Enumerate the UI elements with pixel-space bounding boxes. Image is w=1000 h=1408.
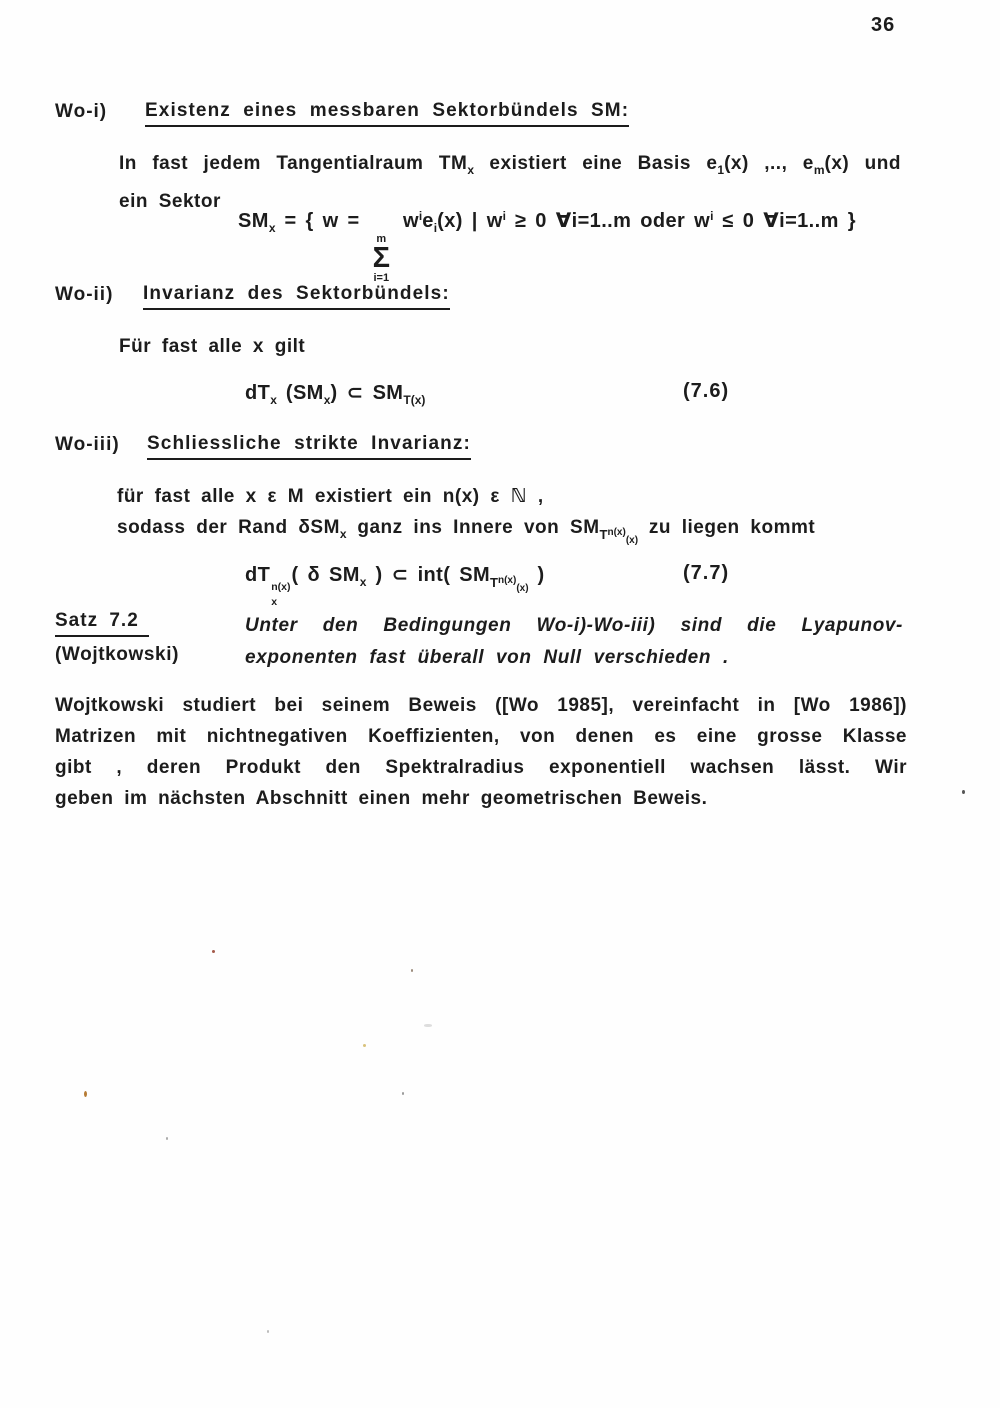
theorem-label-column: Satz 7.2 (Wojtkowski) xyxy=(55,610,235,666)
power-subscript-stack: n(x)x xyxy=(271,582,290,607)
wo-i-heading: Existenz eines messbaren Sektorbündels S… xyxy=(145,100,629,127)
nested-subscript: (x) xyxy=(626,535,638,546)
text-run: ≥ 0 ∀i=1..m oder w xyxy=(506,210,710,232)
wo-i-paragraph: In fast jedem Tangentialraum TMx existie… xyxy=(119,148,901,217)
text-run: existiert eine Basis e xyxy=(474,153,717,174)
wo-i-label: Wo-i) xyxy=(55,101,107,123)
text-run: T xyxy=(490,575,498,590)
theorem-statement: Unter den Bedingungen Wo-i)-Wo-iii) sind… xyxy=(245,610,903,674)
text-run: ) xyxy=(529,564,545,586)
closing-line-3: gibt , deren Produkt den Spektralradius … xyxy=(55,752,907,783)
sum-lower-limit: i=1 xyxy=(373,273,389,284)
equation-7-7: dTn(x)x( δ SMx ) ⊂ int( SMTn(x)(x) ) xyxy=(245,562,545,607)
scan-speck xyxy=(411,969,413,972)
scan-speck xyxy=(424,1024,432,1027)
text-run: dT xyxy=(245,382,270,404)
theorem-attribution: (Wojtkowski) xyxy=(55,644,235,666)
text-run: (x) | w xyxy=(437,210,503,232)
text-run: ≤ 0 ∀i=1..m } xyxy=(713,210,855,232)
subscript: x xyxy=(467,163,474,177)
equation-7-7-row: dTn(x)x( δ SMx ) ⊂ int( SMTn(x)(x) ) (7.… xyxy=(0,556,1000,596)
subscript: m xyxy=(814,163,825,177)
sum-symbol: mΣi=1 xyxy=(373,234,390,284)
iterate-subscript: Tn(x)(x) xyxy=(490,575,529,590)
page-number: 36 xyxy=(871,14,895,37)
theorem-label: Satz 7.2 xyxy=(55,610,149,637)
scan-speck xyxy=(363,1044,366,1047)
scan-speck xyxy=(212,950,215,953)
wo-iii-label: Wo-iii) xyxy=(55,434,120,456)
wo-iii-heading: Schliessliche strikte Invarianz: xyxy=(147,433,471,460)
text-run: In fast jedem Tangentialraum TM xyxy=(119,153,467,174)
text-run: ( δ SM xyxy=(291,564,359,586)
text-run: = { w = xyxy=(276,210,369,232)
closing-paragraph: Wojtkowski studiert bei seinem Beweis ([… xyxy=(55,690,907,814)
text-run: ) ⊂ int( SM xyxy=(366,564,490,586)
text-run: SM xyxy=(238,210,269,232)
stack-superscript: n(x) xyxy=(271,582,290,593)
theorem-statement-line-1: Unter den Bedingungen Wo-i)-Wo-iii) sind… xyxy=(245,610,903,642)
text-run: (SM xyxy=(277,382,324,404)
scan-speck xyxy=(84,1091,87,1097)
wo-ii-label: Wo-ii) xyxy=(55,284,113,306)
wo-iii-paragraph: für fast alle x ε M existiert ein n(x) ε… xyxy=(117,481,907,556)
theorem-statement-line-2: exponenten fast überall von Null verschi… xyxy=(245,642,903,674)
wo-i-paragraph-line-1: In fast jedem Tangentialraum TMx existie… xyxy=(119,148,901,186)
scan-speck xyxy=(402,1092,404,1095)
text-run: (x) ,.., e xyxy=(724,153,814,174)
wo-iii-line-1: für fast alle x ε M existiert ein n(x) ε… xyxy=(117,481,907,512)
text-run: zu liegen kommt xyxy=(638,517,815,538)
iterate-subscript: Tn(x)(x) xyxy=(600,527,639,542)
closing-line-4: geben im nächsten Abschnitt einen mehr g… xyxy=(55,783,907,814)
subscript: x xyxy=(270,393,277,407)
text-run: w xyxy=(394,210,419,232)
equation-7-6: dTx (SMx) ⊂ SMT(x) xyxy=(245,380,425,407)
closing-line-1: Wojtkowski studiert bei seinem Beweis ([… xyxy=(55,690,907,721)
text-run: (x) und xyxy=(825,153,901,174)
subscript: x xyxy=(269,221,276,235)
nested-superscript: n(x) xyxy=(498,575,516,586)
wo-iii-line-2: sodass der Rand δSMx ganz ins Innere von… xyxy=(117,512,907,556)
equation-number-7-7: (7.7) xyxy=(683,562,729,585)
subscript: T(x) xyxy=(403,393,425,407)
text-run: ) ⊂ SM xyxy=(330,382,403,404)
scan-speck xyxy=(166,1137,168,1140)
scan-speck xyxy=(267,1330,269,1333)
wo-ii-intro: Für fast alle x gilt xyxy=(119,331,305,362)
stack-subscript: x xyxy=(271,597,277,608)
sigma-glyph: Σ xyxy=(373,245,390,273)
scan-speck xyxy=(962,790,965,794)
equation-7-6-row: dTx (SMx) ⊂ SMT(x) (7.6) xyxy=(0,377,1000,417)
text-run: e xyxy=(422,210,434,232)
text-run: dT xyxy=(245,564,270,586)
nested-subscript: (x) xyxy=(516,583,528,594)
nested-superscript: n(x) xyxy=(607,527,625,538)
equation-number-7-6: (7.6) xyxy=(683,380,729,403)
wo-ii-heading: Invarianz des Sektorbündels: xyxy=(143,283,450,310)
scanned-document-page: 36 Wo-i) Existenz eines messbaren Sektor… xyxy=(0,0,1000,1408)
text-run: sodass der Rand δSM xyxy=(117,517,340,538)
subscript: x xyxy=(340,527,347,541)
closing-line-2: Matrizen mit nichtnegativen Koeffiziente… xyxy=(55,721,907,752)
text-run: ganz ins Innere von SM xyxy=(347,517,600,538)
sector-bundle-formula: SMx = { w = mΣi=1 wiei(x) | wi ≥ 0 ∀i=1.… xyxy=(238,208,856,284)
